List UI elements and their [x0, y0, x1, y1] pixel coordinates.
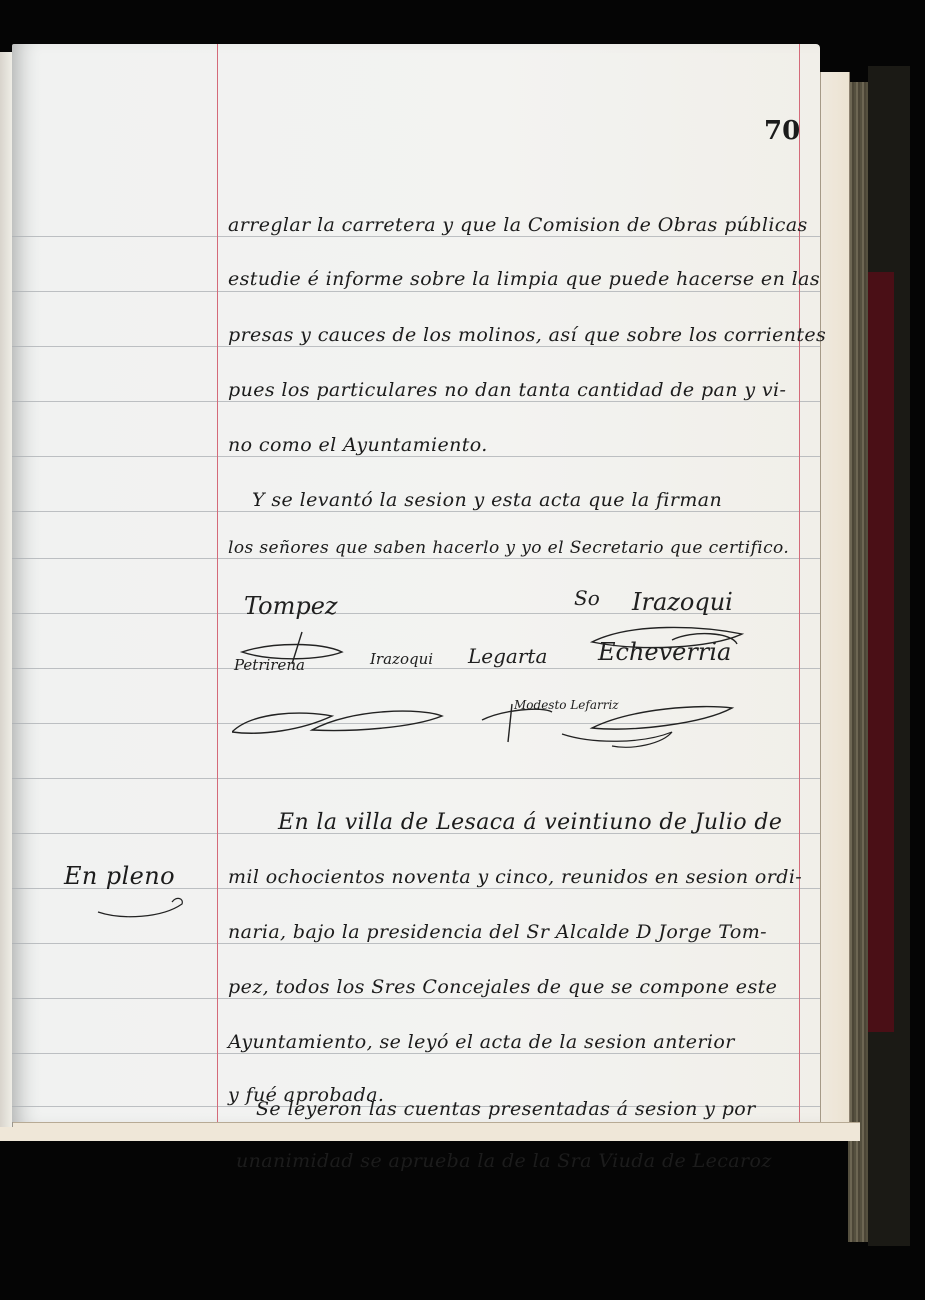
ruled-line — [12, 558, 820, 559]
ruled-line — [12, 346, 820, 347]
book-cover-red-binding — [868, 272, 894, 1032]
ruled-line — [12, 943, 820, 944]
text-line: pez, todos los Sres Concejales de que se… — [228, 976, 777, 998]
page-stack-edges — [848, 82, 868, 1242]
text-line: no como el Ayuntamiento. — [228, 434, 488, 456]
page-number: 70 — [764, 116, 800, 146]
text-line: Ayuntamiento, se leyó el acta de la sesi… — [228, 1031, 735, 1053]
text-line: presas y cauces de los molinos, así que … — [228, 324, 826, 346]
margin-note-flourish — [92, 892, 192, 922]
text-line: unanimidad se aprueba la de la Sra Viuda… — [236, 1150, 772, 1172]
ruled-line — [12, 401, 820, 402]
ledger-page: 70 arreglar la carretera y que la Comisi… — [12, 44, 820, 1122]
text-line: estudie é informe sobre la limpia que pu… — [228, 268, 820, 290]
page-bottom-edge — [0, 1122, 860, 1141]
ruled-line — [12, 778, 820, 779]
ruled-line — [12, 236, 820, 237]
margin-note: En pleno — [64, 862, 175, 890]
signature-prefix: So — [574, 586, 600, 610]
right-margin-line — [799, 44, 800, 1122]
left-margin-line — [217, 44, 218, 1122]
ruled-line — [12, 998, 820, 999]
text-line: En la villa de Lesaca á veintiuno de Jul… — [278, 810, 782, 835]
text-line: naria, bajo la presidencia del Sr Alcald… — [228, 921, 767, 943]
text-line: Se leyeron las cuentas presentadas á ses… — [256, 1098, 756, 1120]
text-line: arreglar la carretera y que la Comision … — [228, 214, 808, 236]
signature-flourish — [522, 714, 722, 754]
ruled-line — [12, 291, 820, 292]
text-line: Y se levantó la sesion y esta acta que l… — [252, 489, 722, 511]
text-line: pues los particulares no dan tanta canti… — [228, 379, 786, 401]
underlying-page-edge — [820, 72, 850, 1122]
ruled-line — [12, 456, 820, 457]
ruled-line — [12, 511, 820, 512]
ruled-line — [12, 1053, 820, 1054]
text-line: los señores que saben hacerlo y yo el Se… — [228, 538, 789, 558]
text-line: mil ochocientos noventa y cinco, reunido… — [228, 866, 802, 888]
